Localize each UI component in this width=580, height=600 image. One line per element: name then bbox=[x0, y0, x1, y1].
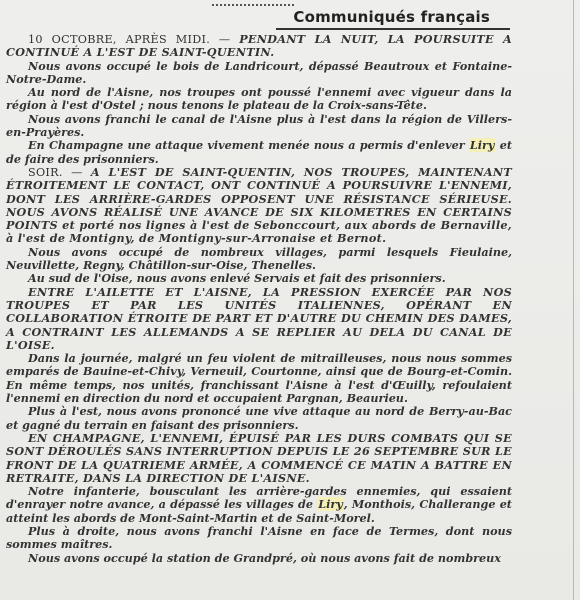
article-paragraph: Nous avons franchi le canal de l'Aisne p… bbox=[6, 113, 512, 140]
article-paragraph: ENTRE L'AILETTE ET L'AISNE, LA PRESSION … bbox=[6, 286, 512, 352]
article-paragraph: Au sud de l'Oise, nous avons enlevé Serv… bbox=[6, 272, 512, 285]
paragraph-text: En Champagne une attaque vivement menée … bbox=[28, 138, 469, 152]
paragraph-text: Au sud de l'Oise, nous avons enlevé Serv… bbox=[28, 271, 446, 285]
paragraph-text: Plus à droite, nous avons franchi l'Aisn… bbox=[6, 524, 512, 551]
newspaper-page: Communiqués français 10 OCTOBRE, APRÈS M… bbox=[0, 0, 580, 600]
article-paragraph: Plus à l'est, nous avons prononcé une vi… bbox=[6, 405, 512, 432]
article-paragraph: Plus à droite, nous avons franchi l'Aisn… bbox=[6, 525, 512, 552]
paragraph-text: Au nord de l'Aisne, nos troupes ont pous… bbox=[6, 85, 512, 112]
column-rule bbox=[573, 0, 574, 600]
paragraph-text: ENTRE L'AILETTE ET L'AISNE, LA PRESSION … bbox=[6, 285, 512, 352]
paragraph-text: EN CHAMPAGNE, L'ENNEMI, ÉPUISÉ PAR LES D… bbox=[6, 431, 512, 485]
article-paragraph: En Champagne une attaque vivement menée … bbox=[6, 139, 512, 166]
paragraph-text: Nous avons occupé la station de Grandpré… bbox=[28, 551, 501, 565]
paragraph-text: Nous avons occupé de nombreux villages, … bbox=[6, 245, 512, 272]
search-highlight: Liry bbox=[469, 138, 496, 152]
article-paragraph: Notre infanterie, bousculant les arrière… bbox=[6, 485, 512, 525]
article-paragraph: Nous avons occupé de nombreux villages, … bbox=[6, 246, 512, 273]
article-paragraph: Au nord de l'Aisne, nos troupes ont pous… bbox=[6, 86, 512, 113]
article-paragraph: Nous avons occupé la station de Grandpré… bbox=[6, 552, 512, 565]
paragraph-lead: 10 OCTOBRE, APRÈS MIDI. — bbox=[28, 33, 239, 46]
article-paragraph: EN CHAMPAGNE, L'ENNEMI, ÉPUISÉ PAR LES D… bbox=[6, 432, 512, 485]
paragraph-lead: SOIR. — bbox=[28, 166, 91, 179]
paragraph-text: Dans la journée, malgré un feu violent d… bbox=[6, 351, 512, 405]
article-paragraph: SOIR. — A L'EST DE SAINT-QUENTIN, NOS TR… bbox=[6, 166, 512, 246]
paragraph-text: Plus à l'est, nous avons prononcé une vi… bbox=[6, 404, 512, 431]
article-paragraph: 10 OCTOBRE, APRÈS MIDI. — PENDANT LA NUI… bbox=[6, 33, 512, 60]
paragraph-text: Nous avons franchi le canal de l'Aisne p… bbox=[6, 112, 512, 139]
search-highlight: Liry bbox=[317, 497, 344, 511]
section-header: Communiqués français bbox=[276, 6, 510, 30]
article-body: 10 OCTOBRE, APRÈS MIDI. — PENDANT LA NUI… bbox=[6, 33, 512, 565]
section-title: Communiqués français bbox=[293, 8, 490, 26]
paragraph-text: Nous avons occupé le bois de Landricourt… bbox=[6, 59, 512, 86]
article-paragraph: Nous avons occupé le bois de Landricourt… bbox=[6, 60, 512, 87]
article-paragraph: Dans la journée, malgré un feu violent d… bbox=[6, 352, 512, 405]
